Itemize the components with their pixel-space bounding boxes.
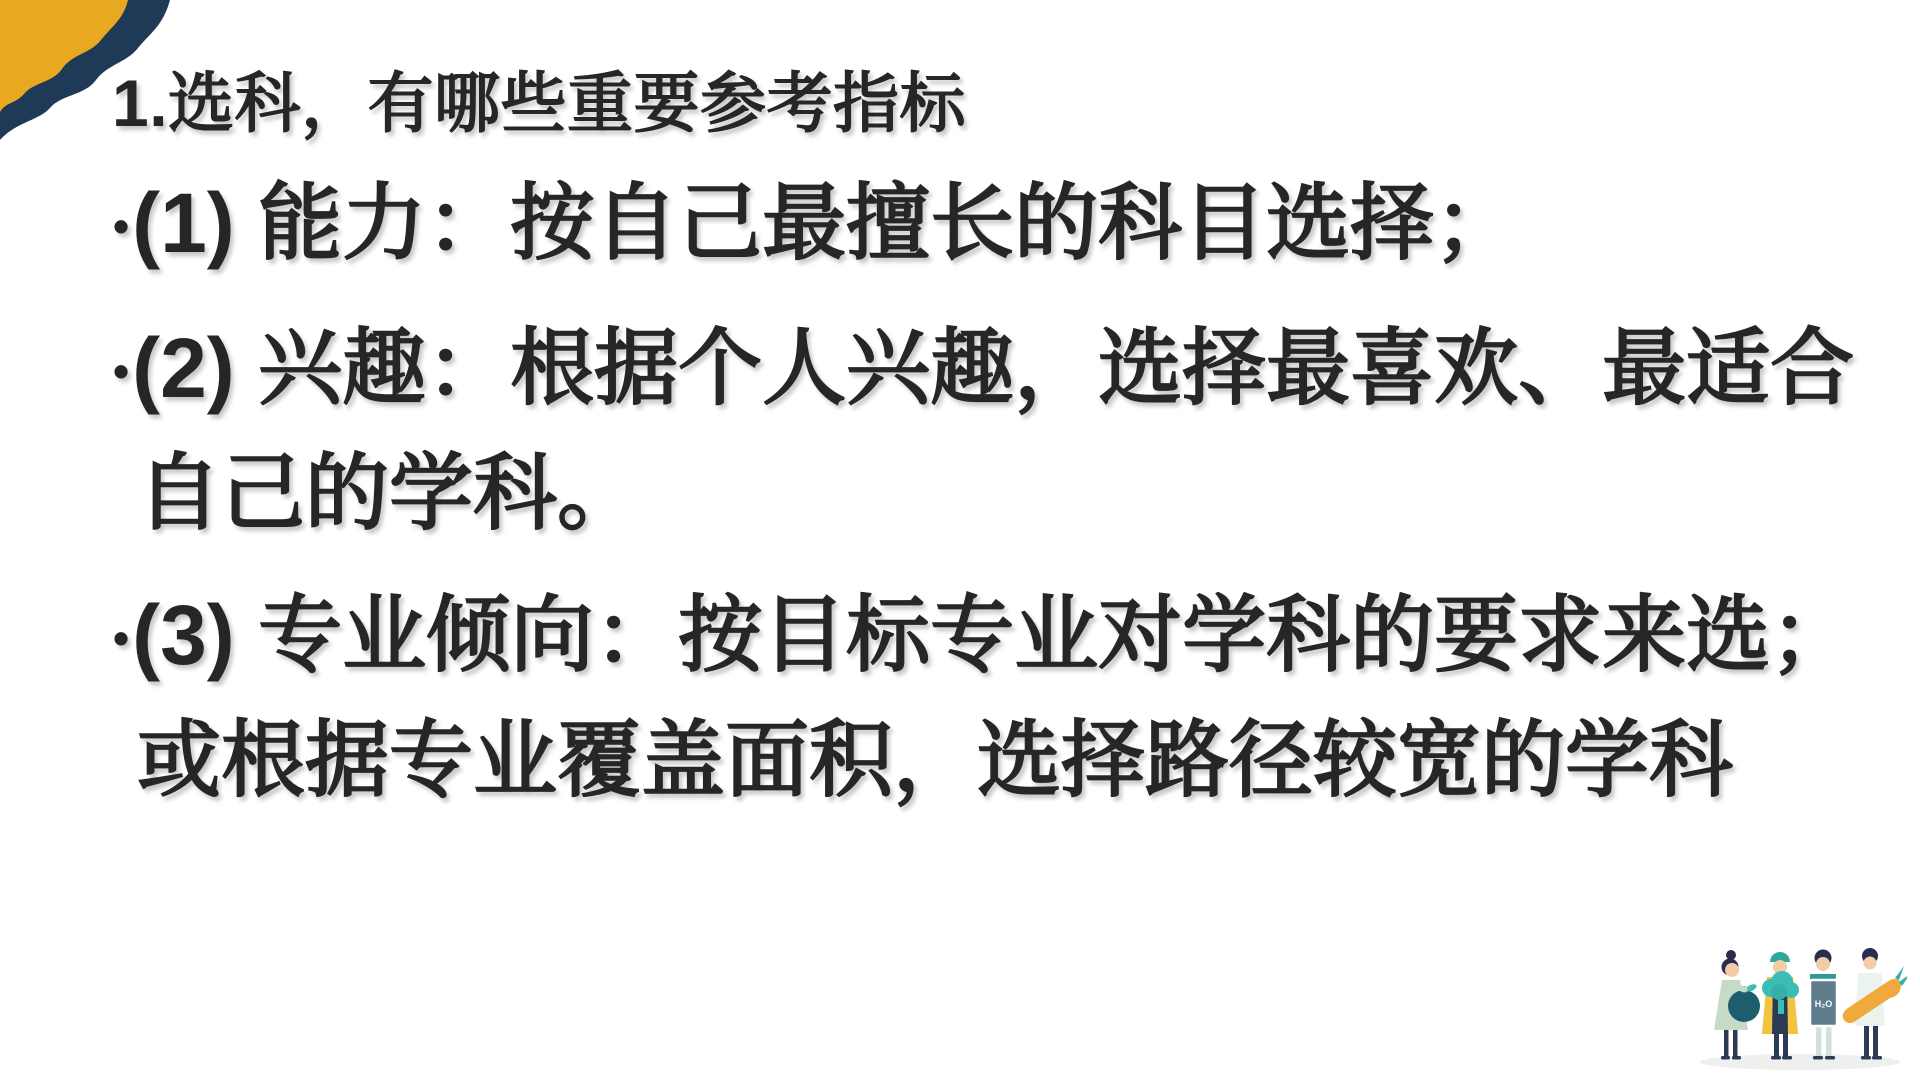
bullet-marker: • xyxy=(113,200,129,252)
bullet-item-3: •(3) 专业倾向：按目标专业对学科的要求来选；或根据专业覆盖面积，选择路径较宽… xyxy=(0,574,1860,821)
people-food-illustration: H₂O xyxy=(1692,922,1907,1072)
figure-woman-apple xyxy=(1714,950,1760,1060)
bullet-item-1: •(1) 能力：按自己最擅长的科目选择； xyxy=(0,162,1860,287)
bullet-item-2: •(2) 兴趣：根据个人兴趣，选择最喜欢、最适合自己的学科。 xyxy=(0,307,1860,554)
bullet-marker: • xyxy=(113,345,129,397)
bullet-marker: • xyxy=(113,612,129,664)
water-glass-label: H₂O xyxy=(1815,999,1833,1009)
figure-carrot xyxy=(1843,948,1907,1060)
figure-water-glass: H₂O xyxy=(1810,950,1837,1060)
bullet-list: •(1) 能力：按自己最擅长的科目选择； •(2) 兴趣：根据个人兴趣，选择最喜… xyxy=(0,162,1860,841)
bullet-text-3: (3) 专业倾向：按目标专业对学科的要求来选；或根据专业覆盖面积，选择路径较宽的… xyxy=(132,588,1854,807)
bullet-text-1: (1) 能力：按自己最擅长的科目选择； xyxy=(132,176,1518,270)
presentation-slide: 1.选科，有哪些重要参考指标 •(1) 能力：按自己最擅长的科目选择； •(2)… xyxy=(0,0,1920,1080)
bullet-text-2: (2) 兴趣：根据个人兴趣，选择最喜欢、最适合自己的学科。 xyxy=(132,321,1854,540)
figure-broccoli xyxy=(1762,952,1799,1060)
slide-title: 1.选科，有哪些重要参考指标 xyxy=(112,66,966,142)
